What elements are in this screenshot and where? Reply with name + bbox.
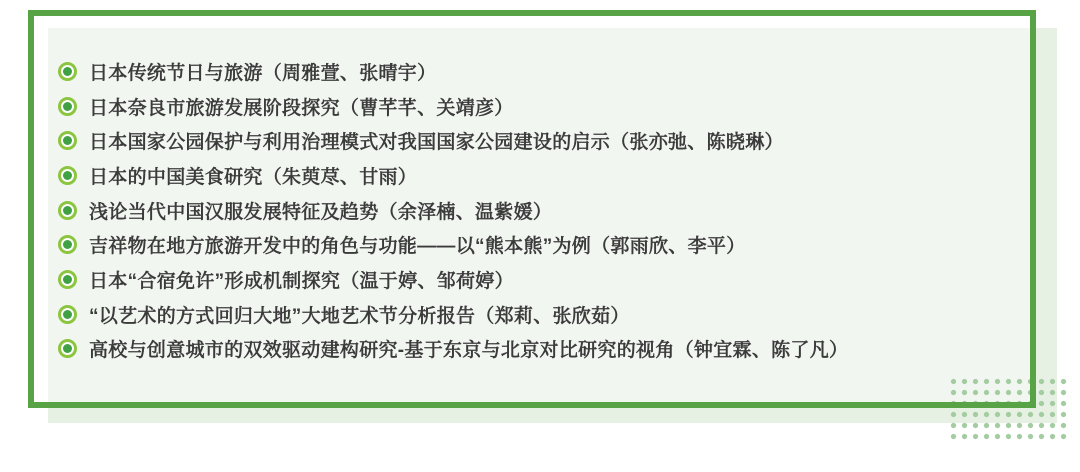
list-item: 浅论当代中国汉服发展特征及趋势（余泽楠、温紫媛）	[58, 193, 848, 228]
article-title: 日本国家公园保护与利用治理模式对我国国家公园建设的启示（张亦弛、陈晓琳）	[89, 127, 784, 154]
article-list: 日本传统节日与旅游（周雅萱、张晴宇） 日本奈良市旅游发展阶段探究（曹芊芊、关靖彦…	[58, 54, 848, 366]
radio-bullet-icon	[58, 270, 77, 289]
list-item: “以艺术的方式回归大地”大地艺术节分析报告（郑莉、张欣茹）	[58, 297, 848, 332]
article-title: 浅论当代中国汉服发展特征及趋势（余泽楠、温紫媛）	[89, 197, 552, 224]
radio-bullet-icon	[58, 131, 77, 150]
radio-bullet-icon	[58, 62, 77, 81]
article-title: 日本的中国美食研究（朱萸荩、甘雨）	[89, 162, 417, 189]
list-item: 高校与创意城市的双效驱动建构研究-基于东京与北京对比研究的视角（钟宜霖、陈了凡）	[58, 332, 848, 367]
article-title: 吉祥物在地方旅游开发中的角色与功能——以“熊本熊”为例（郭雨欣、李平）	[89, 231, 746, 258]
article-title: 日本“合宿免许”形成机制探究（温于婷、邹荷婷）	[89, 266, 514, 293]
list-item: 日本传统节日与旅游（周雅萱、张晴宇）	[58, 54, 848, 89]
list-item: 日本的中国美食研究（朱萸荩、甘雨）	[58, 158, 848, 193]
radio-bullet-icon	[58, 97, 77, 116]
list-item: 日本奈良市旅游发展阶段探究（曹芊芊、关靖彦）	[58, 89, 848, 124]
article-title: 日本奈良市旅游发展阶段探究（曹芊芊、关靖彦）	[89, 93, 514, 120]
list-item: 日本国家公园保护与利用治理模式对我国国家公园建设的启示（张亦弛、陈晓琳）	[58, 123, 848, 158]
list-item: 日本“合宿免许”形成机制探究（温于婷、邹荷婷）	[58, 262, 848, 297]
dots-pattern	[948, 376, 1072, 442]
radio-bullet-icon	[58, 166, 77, 185]
radio-bullet-icon	[58, 305, 77, 324]
list-item: 吉祥物在地方旅游开发中的角色与功能——以“熊本熊”为例（郭雨欣、李平）	[58, 227, 848, 262]
article-title: 日本传统节日与旅游（周雅萱、张晴宇）	[89, 58, 436, 85]
radio-bullet-icon	[58, 201, 77, 220]
radio-bullet-icon	[58, 339, 77, 358]
radio-bullet-icon	[58, 235, 77, 254]
article-title: “以艺术的方式回归大地”大地艺术节分析报告（郑莉、张欣茹）	[89, 301, 630, 328]
article-title: 高校与创意城市的双效驱动建构研究-基于东京与北京对比研究的视角（钟宜霖、陈了凡）	[89, 335, 848, 362]
article-list-card: 日本传统节日与旅游（周雅萱、张晴宇） 日本奈良市旅游发展阶段探究（曹芊芊、关靖彦…	[0, 0, 1080, 472]
